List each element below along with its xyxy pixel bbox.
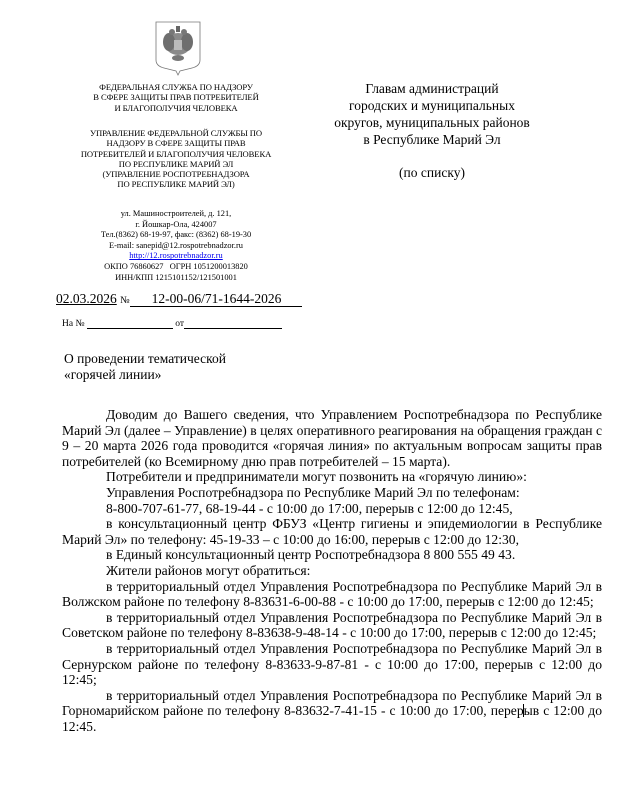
body-paragraph: Управления Роспотребнадзора по Республик…	[62, 485, 602, 501]
subject: О проведении тематической «горячей линии…	[64, 351, 226, 383]
okpo-ogrn: ОКПО 76860627 ОГРН 1051200013820	[62, 262, 290, 273]
addressee: Главам администраций городских и муницип…	[312, 80, 552, 148]
addressee-line: Главам администраций	[312, 80, 552, 97]
body-paragraph-last[interactable]: в территориальный отдел Управления Роспо…	[62, 688, 602, 735]
registration-date: 02.03.2026	[56, 291, 117, 306]
reference-number-blank	[87, 318, 173, 329]
agency-line: И БЛАГОПОЛУЧИЯ ЧЕЛОВЕКА	[62, 103, 290, 113]
body-paragraph: Жители районов могут обратиться:	[62, 563, 602, 579]
number-sign: №	[120, 295, 130, 306]
body-paragraph: Потребители и предприниматели могут позв…	[62, 469, 602, 485]
department-line: УПРАВЛЕНИЕ ФЕДЕРАЛЬНОЙ СЛУЖБЫ ПО	[62, 128, 290, 138]
agency-line: ФЕДЕРАЛЬНАЯ СЛУЖБА ПО НАДЗОРУ	[62, 82, 290, 92]
reference-from-label: от	[175, 319, 184, 329]
website-link[interactable]: http://12.rospotrebnadzor.ru	[129, 251, 223, 260]
subject-line: О проведении тематической	[64, 351, 226, 367]
contact-block: ул. Машиностроителей, д. 121, г. Йошкар-…	[62, 209, 290, 283]
body-paragraph: в Единый консультационный центр Роспотре…	[62, 547, 602, 563]
registration-number: 12-00-06/71-1644-2026	[130, 292, 302, 307]
reference-line: На № от	[62, 318, 282, 329]
reference-date-blank	[184, 318, 282, 329]
addressee-line: городских и муниципальных	[312, 97, 552, 114]
inn-kpp: ИНН/КПП 1215101152/121501001	[62, 273, 290, 284]
body-paragraph: в территориальный отдел Управления Роспо…	[62, 579, 602, 610]
addressee-line: округов, муниципальных районов	[312, 114, 552, 131]
addressee-line: в Республике Марий Эл	[312, 131, 552, 148]
address-line: г. Йошкар-Ола, 424007	[62, 220, 290, 231]
subject-line: «горячей линии»	[64, 367, 226, 383]
agency-name: ФЕДЕРАЛЬНАЯ СЛУЖБА ПО НАДЗОРУ В СФЕРЕ ЗА…	[62, 82, 290, 113]
department-line: (УПРАВЛЕНИЕ РОСПОТРЕБНАДЗОРА	[62, 169, 290, 179]
address-line: ул. Машиностроителей, д. 121,	[62, 209, 290, 220]
addressee-note: (по списку)	[312, 165, 552, 181]
phone-fax: Тел.(8362) 68-19-97, факс: (8362) 68-19-…	[62, 230, 290, 241]
email: E-mail: sanepid@12.rospotrebnadzor.ru	[62, 241, 290, 252]
letter-body: Доводим до Вашего сведения, что Управлен…	[62, 407, 602, 734]
registration-line: 02.03.2026 №12-00-06/71-1644-2026	[56, 291, 316, 307]
body-paragraph: в территориальный отдел Управления Роспо…	[62, 610, 602, 641]
body-paragraph: в консультационный центр ФБУЗ «Центр гиг…	[62, 516, 602, 547]
body-paragraph: в территориальный отдел Управления Роспо…	[62, 641, 602, 688]
department-line: НАДЗОРУ В СФЕРЕ ЗАЩИТЫ ПРАВ	[62, 138, 290, 148]
body-paragraph: Доводим до Вашего сведения, что Управлен…	[62, 407, 602, 469]
body-paragraph: 8-800-707-61-77, 68-19-44 - с 10:00 до 1…	[62, 501, 602, 517]
coat-of-arms-icon	[152, 20, 204, 76]
department-line: ПО РЕСПУБЛИКЕ МАРИЙ ЭЛ	[62, 159, 290, 169]
department-name: УПРАВЛЕНИЕ ФЕДЕРАЛЬНОЙ СЛУЖБЫ ПО НАДЗОРУ…	[62, 128, 290, 190]
reference-on-label: На №	[62, 319, 85, 329]
agency-line: В СФЕРЕ ЗАЩИТЫ ПРАВ ПОТРЕБИТЕЛЕЙ	[62, 92, 290, 102]
body-text: в территориальный отдел Управления Роспо…	[62, 688, 602, 719]
department-line: ПО РЕСПУБЛИКЕ МАРИЙ ЭЛ)	[62, 179, 290, 189]
department-line: ПОТРЕБИТЕЛЕЙ И БЛАГОПОЛУЧИЯ ЧЕЛОВЕКА	[62, 149, 290, 159]
